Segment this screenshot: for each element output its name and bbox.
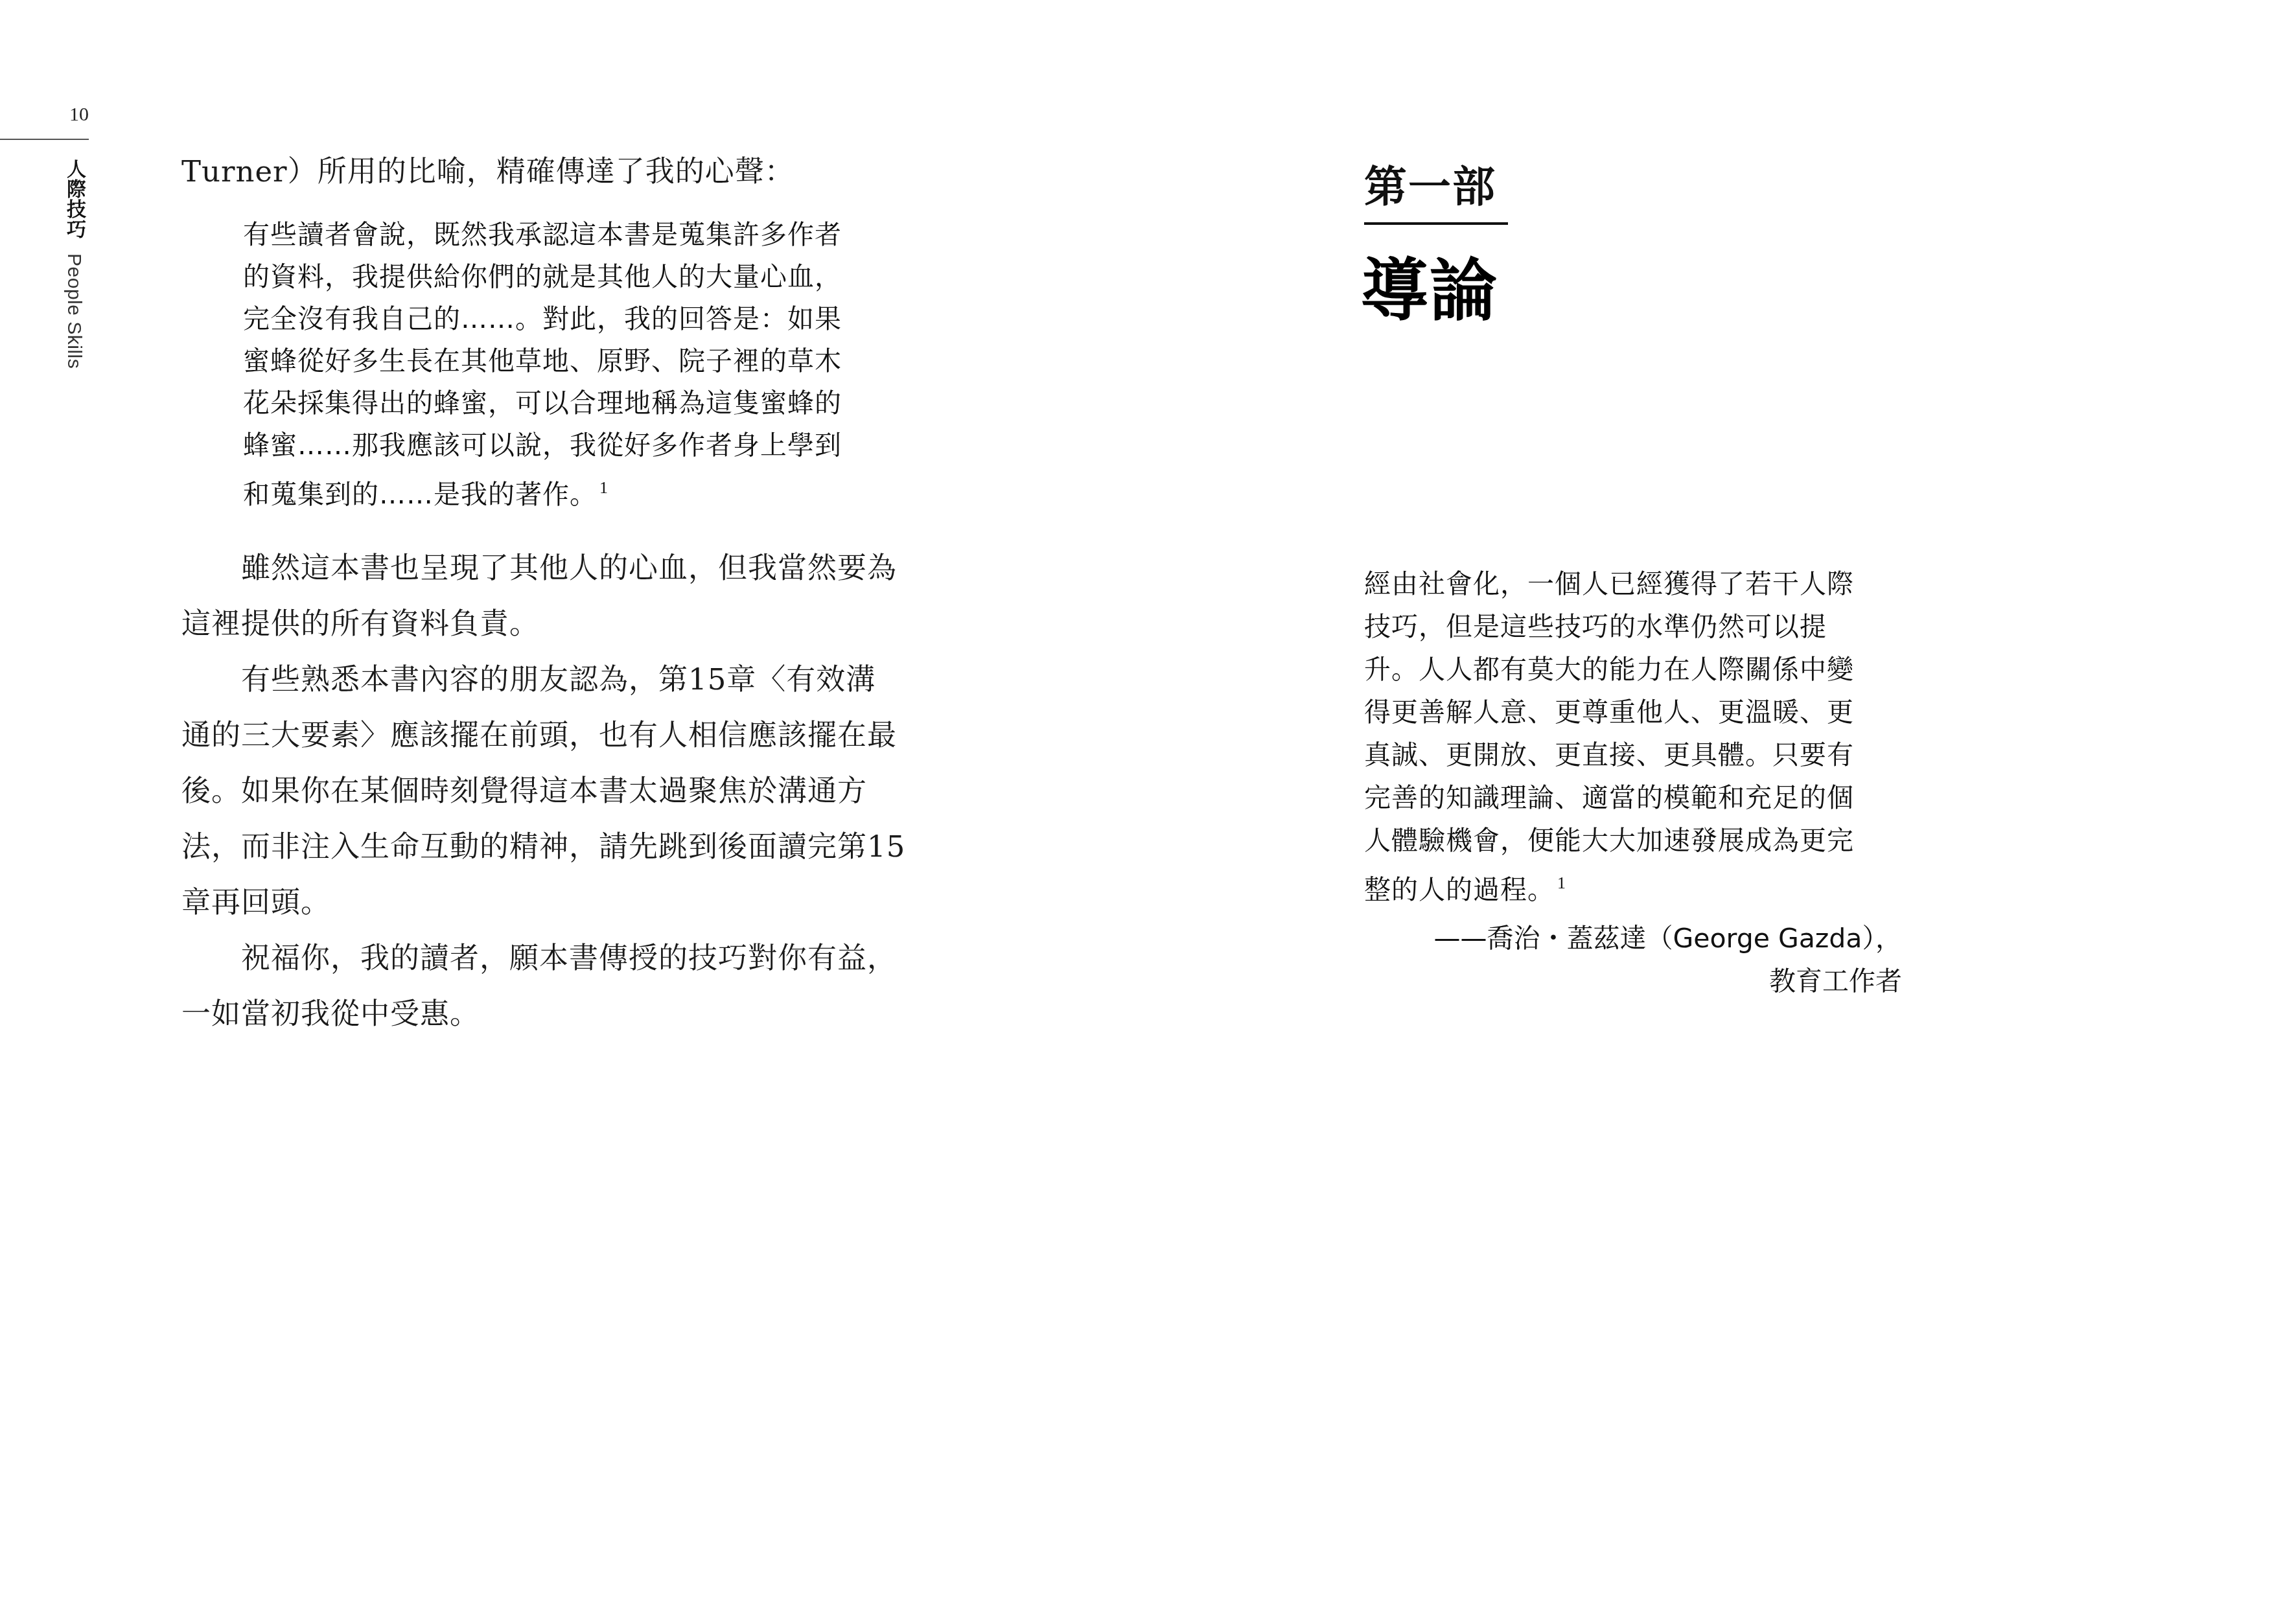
paragraph-line: 章再回頭。 — [181, 875, 946, 931]
attribution-author: ——喬治・蓋茲達（George Gazda）， — [1364, 917, 1902, 960]
quote-line: 完全沒有我自己的……。對此，我的回答是：如果 — [243, 298, 946, 340]
quote-line: 花朵採集得出的蜂蜜，可以合理地稱為這隻蜜蜂的 — [243, 382, 946, 424]
quote-line-text: 和蒐集到的……是我的著作。 — [243, 479, 597, 510]
attribution-role: 教育工作者 — [1364, 960, 1902, 1002]
epigraph-line: 得更善解人意、更尊重他人、更溫暖、更 — [1364, 691, 1902, 734]
quote-line: 的資料，我提供給你們的就是其他人的大量心血， — [243, 256, 946, 298]
folio-divider — [0, 139, 89, 140]
epigraph: 經由社會化，一個人已經獲得了若干人際 技巧，但是這些技巧的水準仍然可以提 升。人… — [1364, 562, 1902, 911]
paragraph-line: 一如當初我從中受惠。 — [181, 986, 946, 1042]
epigraph-line: 真誠、更開放、更直接、更具體。只要有 — [1364, 734, 1902, 776]
epigraph-line-text: 整的人的過程。 — [1364, 874, 1555, 905]
paragraph-line: 法，而非注入生命互動的精神，請先跳到後面讀完第15 — [181, 819, 946, 875]
epigraph-line: 經由社會化，一個人已經獲得了若干人際 — [1364, 562, 1902, 605]
epigraph-line: 升。人人都有莫大的能力在人際關係中變 — [1364, 648, 1902, 691]
left-page-body: Turner）所用的比喻，精確傳達了我的心聲： 有些讀者會說，既然我承認這本書是… — [181, 144, 946, 1042]
epigraph-line-last: 整的人的過程。1 — [1364, 862, 1902, 911]
epigraph-line: 技巧，但是這些技巧的水準仍然可以提 — [1364, 605, 1902, 648]
paragraph-line: 祝福你，我的讀者，願本書傳授的技巧對你有益， — [181, 931, 946, 986]
paragraph-line: 後。如果你在某個時刻覺得這本書太過聚焦於溝通方 — [181, 763, 946, 819]
paragraph-3: 祝福你，我的讀者，願本書傳授的技巧對你有益， 一如當初我從中受惠。 — [181, 931, 946, 1042]
attribution: ——喬治・蓋茲達（George Gazda）， 教育工作者 — [1364, 917, 1902, 1002]
paragraph-line: 雖然這本書也呈現了其他人的心血，但我當然要為 — [181, 540, 946, 596]
quote-line: 蜜蜂從好多生長在其他草地、原野、院子裡的草木 — [243, 340, 946, 382]
paragraph-line: 這裡提供的所有資料負責。 — [181, 596, 946, 652]
paragraph-2: 有些熟悉本書內容的朋友認為，第15章〈有效溝 通的三大要素〉應該擺在前頭，也有人… — [181, 652, 946, 931]
part-label: 第一部 — [1364, 152, 1496, 214]
paragraph-line: 通的三大要素〉應該擺在前頭，也有人相信應該擺在最 — [181, 708, 946, 763]
intro-line: Turner）所用的比喻，精確傳達了我的心聲： — [181, 144, 946, 200]
epigraph-line: 完善的知識理論、適當的模範和充足的個 — [1364, 776, 1902, 819]
quote-line: 有些讀者會說，既然我承認這本書是蒐集許多作者 — [243, 214, 946, 256]
running-head-title-en: People Skills — [63, 253, 85, 369]
paragraph-1: 雖然這本書也呈現了其他人的心血，但我當然要為 這裡提供的所有資料負責。 — [181, 540, 946, 652]
footnote-ref[interactable]: 1 — [599, 478, 609, 497]
block-quote: 有些讀者會說，既然我承認這本書是蒐集許多作者 的資料，我提供給你們的就是其他人的… — [243, 214, 946, 516]
quote-line-last: 和蒐集到的……是我的著作。1 — [243, 467, 946, 516]
page-number: 10 — [0, 104, 89, 126]
part-title: 導論 — [1361, 237, 1498, 334]
part-divider — [1364, 222, 1508, 225]
epigraph-line: 人體驗機會，便能大大加速發展成為更完 — [1364, 819, 1902, 862]
running-head-title-zh: 人際技巧 — [60, 159, 88, 239]
paragraph-line: 有些熟悉本書內容的朋友認為，第15章〈有效溝 — [181, 652, 946, 708]
footnote-ref[interactable]: 1 — [1557, 873, 1566, 892]
quote-line: 蜂蜜……那我應該可以說，我從好多作者身上學到 — [243, 424, 946, 467]
running-head: 人際技巧 People Skills — [60, 159, 88, 369]
